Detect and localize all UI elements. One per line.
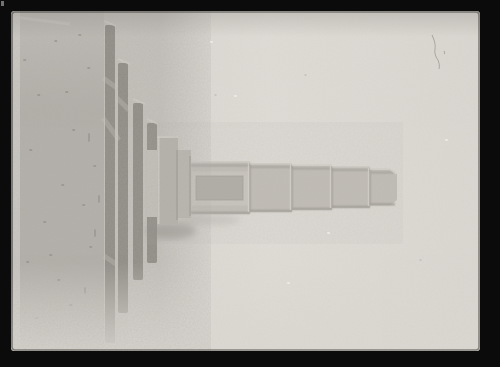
film-grain-overall bbox=[11, 11, 480, 351]
scanned-photo-mount bbox=[0, 0, 500, 367]
corner-notch bbox=[1, 1, 4, 6]
photograph bbox=[11, 11, 480, 351]
